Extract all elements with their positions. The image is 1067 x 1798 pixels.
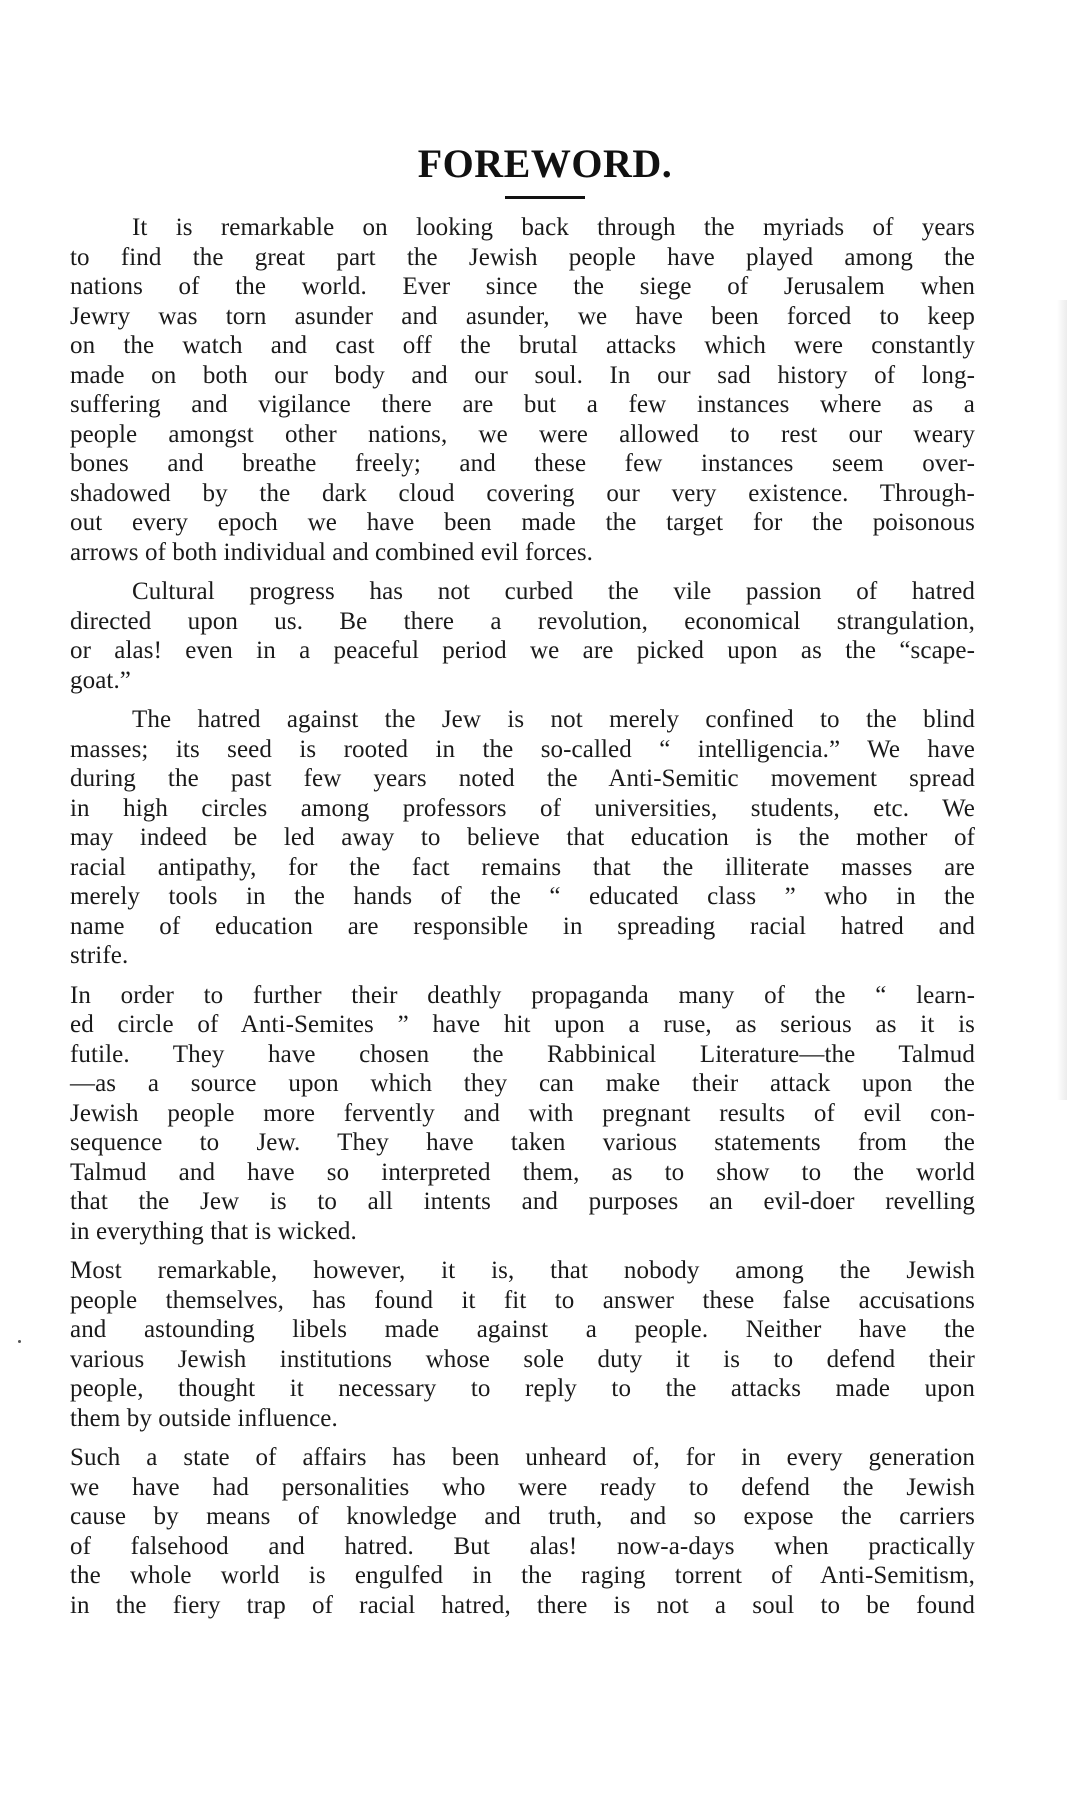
text-line: in high circles among professors of univ… <box>70 794 975 824</box>
text-line: merely tools in the hands of the “ educa… <box>70 882 975 912</box>
text-line: people amongst other nations, we were al… <box>70 420 975 450</box>
title-underline-rule <box>505 196 585 199</box>
text-line: arrows of both individual and combined e… <box>70 538 975 568</box>
text-line: to find the great part the Jewish people… <box>70 243 975 273</box>
text-line: shadowed by the dark cloud covering our … <box>70 479 975 509</box>
text-line: ed circle of Anti-Semites ” have hit upo… <box>70 1010 975 1040</box>
text-line: suffering and vigilance there are but a … <box>70 390 975 420</box>
text-line: Such a state of affairs has been unheard… <box>70 1443 975 1473</box>
text-line: Jewry was torn asunder and asunder, we h… <box>70 302 975 332</box>
paragraph: The hatred against the Jew is not merely… <box>70 705 975 971</box>
text-line: goat.” <box>70 666 975 696</box>
text-line: cause by means of knowledge and truth, a… <box>70 1502 975 1532</box>
text-line: The hatred against the Jew is not merely… <box>70 705 975 735</box>
text-line: futile. They have chosen the Rabbinical … <box>70 1040 975 1070</box>
text-line: Cultural progress has not curbed the vil… <box>70 577 975 607</box>
text-line: Talmud and have so interpreted them, as … <box>70 1158 975 1188</box>
text-line: strife. <box>70 941 975 971</box>
text-line: on the watch and cast off the brutal att… <box>70 331 975 361</box>
text-line: name of education are responsible in spr… <box>70 912 975 942</box>
text-line: racial antipathy, for the fact remains t… <box>70 853 975 883</box>
text-line: or alas! even in a peaceful period we ar… <box>70 636 975 666</box>
text-line: in the fiery trap of racial hatred, ther… <box>70 1591 975 1621</box>
text-line: —as a source upon which they can make th… <box>70 1069 975 1099</box>
text-line: that the Jew is to all intents and purpo… <box>70 1187 975 1217</box>
text-line: directed upon us. Be there a revolution,… <box>70 607 975 637</box>
text-line: in everything that is wicked. <box>70 1217 975 1247</box>
text-line: during the past few years noted the Anti… <box>70 764 975 794</box>
scan-speck <box>902 1292 904 1294</box>
text-line: Jewish people more fervently and with pr… <box>70 1099 975 1129</box>
paragraph: It is remarkable on looking back through… <box>70 213 975 567</box>
page-edge-shadow <box>1057 300 1067 1100</box>
paragraph: In order to further their deathly propag… <box>70 981 975 1247</box>
text-line: bones and breathe freely; and these few … <box>70 449 975 479</box>
text-line: Most remarkable, however, it is, that no… <box>70 1256 975 1286</box>
foreword-body: It is remarkable on looking back through… <box>70 213 975 1620</box>
text-line: sequence to Jew. They have taken various… <box>70 1128 975 1158</box>
text-line: made on both our body and our soul. In o… <box>70 361 975 391</box>
paragraph: Such a state of affairs has been unheard… <box>70 1443 975 1620</box>
page-title: FOREWORD. <box>70 140 975 188</box>
paragraph: Cultural progress has not curbed the vil… <box>70 577 975 695</box>
text-line: It is remarkable on looking back through… <box>70 213 975 243</box>
text-line: masses; its seed is rooted in the so-cal… <box>70 735 975 765</box>
text-line: we have had personalities who were ready… <box>70 1473 975 1503</box>
text-line: may indeed be led away to believe that e… <box>70 823 975 853</box>
text-line: various Jewish institutions whose sole d… <box>70 1345 975 1375</box>
text-line: the whole world is engulfed in the ragin… <box>70 1561 975 1591</box>
text-line: people, thought it necessary to reply to… <box>70 1374 975 1404</box>
paragraph: Most remarkable, however, it is, that no… <box>70 1256 975 1433</box>
text-line: them by outside influence. <box>70 1404 975 1434</box>
scan-speck <box>18 1340 21 1343</box>
text-line: people themselves, has found it fit to a… <box>70 1286 975 1316</box>
text-line: out every epoch we have been made the ta… <box>70 508 975 538</box>
text-line: In order to further their deathly propag… <box>70 981 975 1011</box>
text-line: of falsehood and hatred. But alas! now-a… <box>70 1532 975 1562</box>
text-line: and astounding libels made against a peo… <box>70 1315 975 1345</box>
text-line: nations of the world. Ever since the sie… <box>70 272 975 302</box>
book-page: FOREWORD. It is remarkable on looking ba… <box>70 140 975 1630</box>
